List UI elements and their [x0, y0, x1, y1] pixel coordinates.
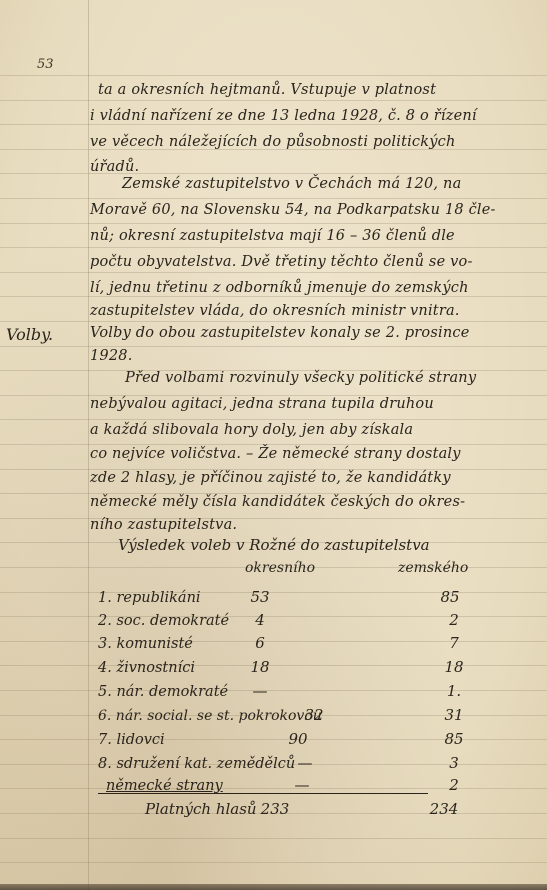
margin-note-volby: Volby. — [6, 325, 53, 344]
table-cell-zemske: 3 — [434, 754, 474, 772]
text-line: i vládní nařízení ze dne 13 ledna 1928, … — [90, 108, 477, 124]
ruled-line — [0, 296, 547, 297]
text-line: ve věcech náležejících do působnosti pol… — [90, 134, 456, 150]
text-line: Zemské zastupitelstvo v Čechách má 120, … — [122, 176, 461, 192]
table-cell-zemske: 7 — [434, 634, 474, 652]
table-cell-zemske: 2 — [434, 611, 474, 629]
ruled-line — [0, 419, 547, 420]
text-line: ta a okresních hejtmanů. Vstupuje v plat… — [98, 82, 436, 98]
table-cell-zemske: 85 — [434, 730, 474, 748]
text-line: zde 2 hlasy, je příčinou zajisté to, že … — [90, 470, 451, 486]
total-okresni: 233 — [255, 800, 295, 818]
table-row-label: 4. živnostníci — [98, 660, 195, 676]
table-cell-okresni: — — [282, 776, 322, 794]
ruled-line — [0, 75, 547, 76]
table-row-label: 8. sdružení kat. zemědělců — [98, 756, 295, 772]
table-row-label: 3. komunisté — [98, 636, 193, 652]
table-cell-okresni: 32 — [294, 706, 334, 724]
ruled-line — [0, 272, 547, 273]
ruled-line — [0, 173, 547, 174]
ruled-line — [0, 247, 547, 248]
table-cell-okresni: 4 — [240, 611, 280, 629]
text-line: německé měly čísla kandidátek českých do… — [90, 494, 465, 510]
text-line: nebývalou agitaci, jedna strana tupila d… — [90, 396, 434, 412]
ruled-line — [0, 321, 547, 322]
table-cell-okresni: 53 — [240, 588, 280, 606]
table-cell-okresni: 6 — [240, 634, 280, 652]
text-line: lí, jednu třetinu z odborníků jmenuje do… — [90, 280, 469, 296]
ruled-line — [0, 223, 547, 224]
text-line: Volby do obou zastupitelstev konaly se 2… — [90, 325, 469, 341]
ruled-line — [0, 100, 547, 101]
ruled-line — [0, 198, 547, 199]
table-cell-zemske: 85 — [430, 588, 470, 606]
text-line: nů; okresní zastupitelstva mají 16 – 36 … — [90, 228, 455, 244]
table-cell-zemske: 1. — [434, 682, 474, 700]
table-row-label: 5. nár. demokraté — [98, 684, 228, 700]
table-row-label: 6. nár. social. se st. pokrokovou — [98, 708, 322, 724]
table-cell-okresni: 18 — [240, 658, 280, 676]
text-line: Moravě 60, na Slovensku 54, na Podkarpat… — [90, 202, 496, 218]
page-edge-shadow — [0, 884, 547, 890]
ruled-line — [0, 838, 547, 839]
table-title: Výsledek voleb v Rožné do zastupitelstva — [118, 536, 430, 554]
text-line: zastupitelstev vláda, do okresních minis… — [90, 303, 460, 319]
text-line: úřadů. — [90, 159, 139, 175]
total-rule — [98, 793, 428, 794]
text-line: co nejvíce voličstva. – Že německé stran… — [90, 446, 461, 462]
text-line: počtu obyvatelstva. Dvě třetiny těchto č… — [90, 254, 473, 270]
text-line: Před volbami rozvinuly všecky politické … — [125, 370, 476, 386]
table-cell-zemske: 18 — [434, 658, 474, 676]
table-cell-okresni: 90 — [278, 730, 318, 748]
table-row-label: 1. republikáni — [98, 590, 201, 606]
ruled-line — [0, 518, 547, 519]
table-row-label: německé strany — [106, 778, 223, 794]
text-line: ního zastupitelstva. — [90, 517, 237, 533]
ruled-line — [0, 862, 547, 863]
table-cell-zemske: 31 — [434, 706, 474, 724]
margin-line — [88, 0, 89, 890]
table-cell-okresni: — — [240, 682, 280, 700]
table-row-label: 2. soc. demokraté — [98, 613, 229, 629]
ruled-line — [0, 444, 547, 445]
ruled-line — [0, 346, 547, 347]
text-line: 1928. — [90, 348, 133, 364]
total-zemske: 234 — [424, 800, 464, 818]
table-cell-okresni: — — [285, 754, 325, 772]
text-line: a každá slibovala hory doly, jen aby zís… — [90, 422, 413, 438]
table-row-label: 7. lidovci — [98, 732, 165, 748]
total-label: Platných hlasů — [145, 800, 257, 818]
table-cell-zemske: 2 — [434, 776, 474, 794]
ledger-page: 53 ta a okresních hejtmanů. Vstupuje v p… — [0, 0, 547, 890]
page-number: 53 — [37, 57, 54, 72]
column-header-zemske: zemského — [398, 560, 468, 576]
ruled-line — [0, 124, 547, 125]
column-header-okresni: okresního — [245, 560, 315, 576]
